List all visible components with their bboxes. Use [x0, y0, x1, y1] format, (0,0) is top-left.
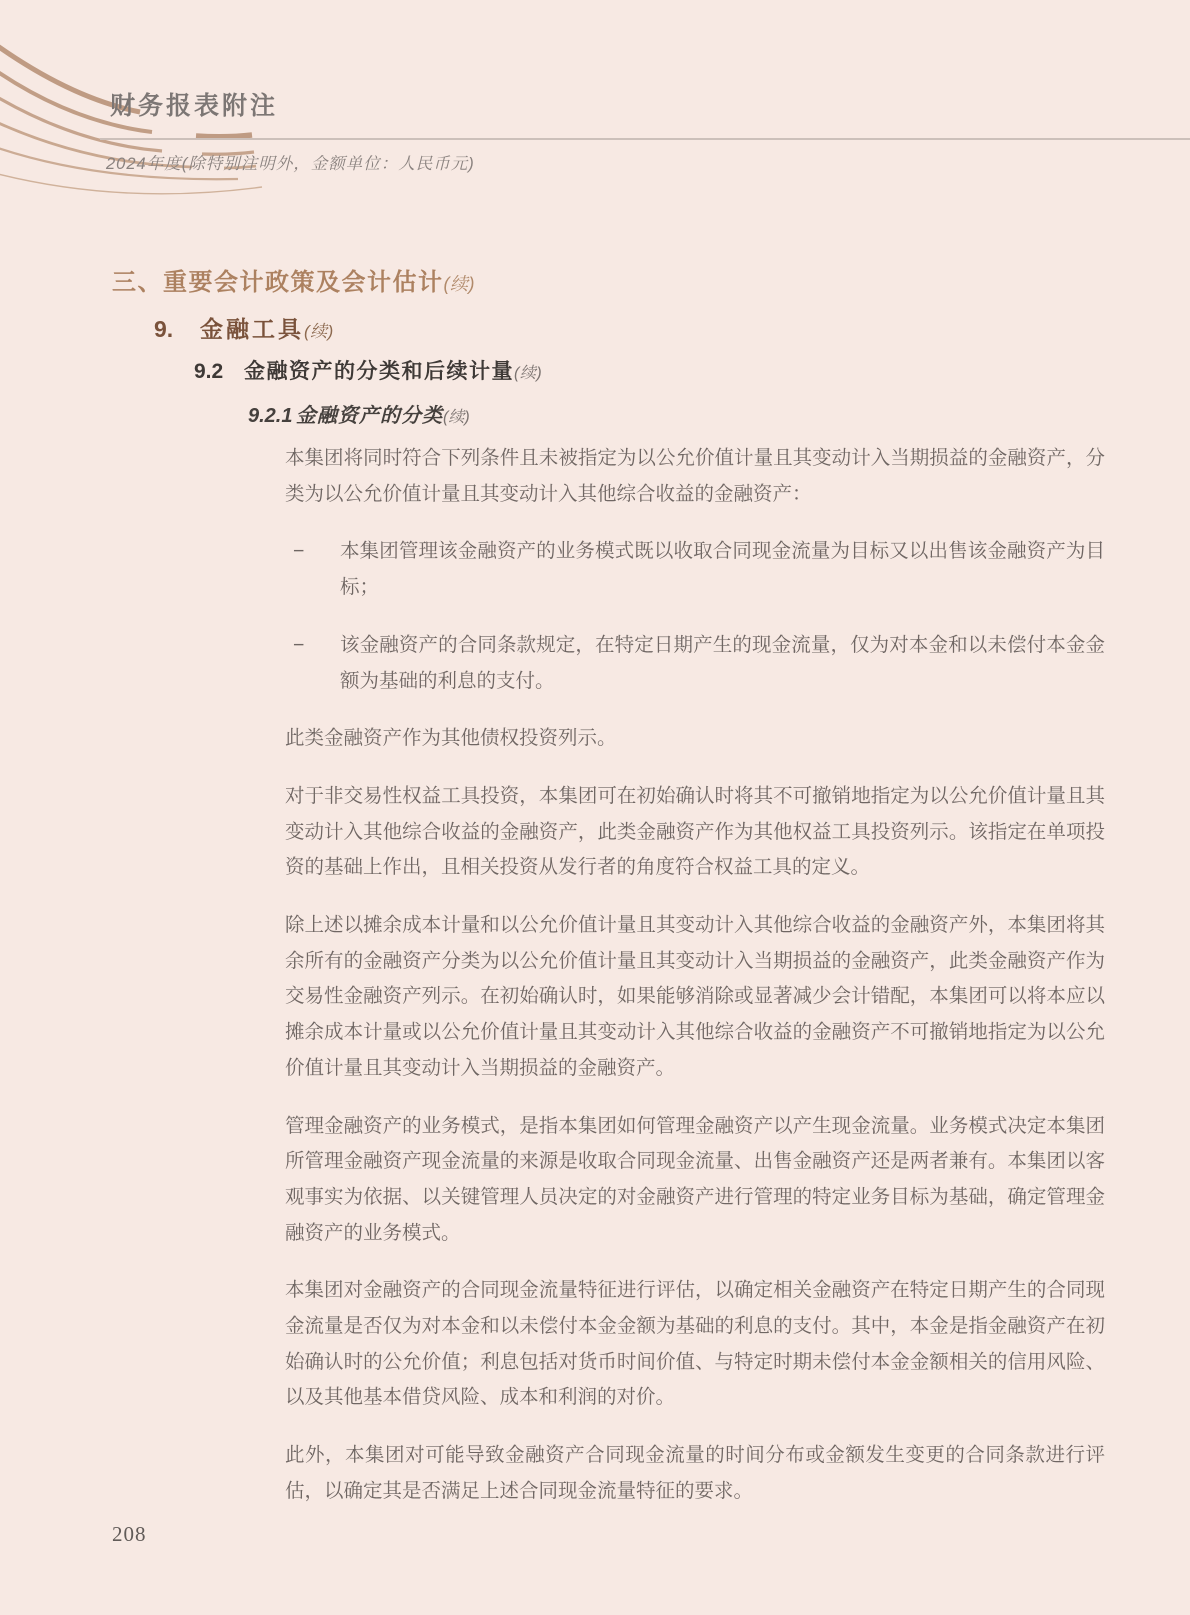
bullet-dash-marker: − [285, 628, 340, 699]
bullet-item: − 该金融资产的合同条款规定，在特定日期产生的现金流量，仅为对本金和以未偿付本金… [285, 628, 1105, 699]
bullet-text: 该金融资产的合同条款规定，在特定日期产生的现金流量，仅为对本金和以未偿付本金金额… [340, 628, 1105, 699]
section-continued-mark: (续) [444, 274, 476, 294]
header-divider [100, 138, 1190, 140]
body-text-column: 本集团将同时符合下列条件且未被指定为以公允价值计量且其变动计入当期损益的金融资产… [285, 441, 1105, 1532]
page-number: 208 [112, 1522, 147, 1547]
subsection-9-2-1-number: 9.2.1 [248, 405, 296, 428]
paragraph: 管理金融资产的业务模式，是指本集团如何管理金融资产以产生现金流量。业务模式决定本… [285, 1109, 1105, 1252]
subsection-9-2-number: 9.2 [194, 360, 244, 384]
subsection-9-2-title: 金融资产的分类和后续计量 [244, 360, 514, 383]
subsection-9-2-1-heading: 9.2.1金融资产的分类(续) [248, 399, 470, 428]
subsection-9-2-1-continued-mark: (续) [443, 409, 470, 426]
bullet-dash-marker: − [285, 534, 340, 605]
subsection-9-2-1-title: 金融资产的分类 [296, 405, 443, 427]
subsection-9-2-continued-mark: (续) [514, 365, 542, 382]
subsection-9-continued-mark: (续) [304, 322, 334, 341]
paragraph: 对于非交易性权益工具投资，本集团可在初始确认时将其不可撤销地指定为以公允价值计量… [285, 779, 1105, 886]
bullet-text: 本集团管理该金融资产的业务模式既以收取合同现金流量为目标又以出售该金融资产为目标… [340, 534, 1105, 605]
paragraph-intro: 本集团将同时符合下列条件且未被指定为以公允价值计量且其变动计入当期损益的金融资产… [285, 441, 1105, 512]
document-page: 财务报表附注 2024年度(除特别注明外，金额单位：人民币元) 三、重要会计政策… [0, 0, 1190, 1615]
section-title: 重要会计政策及会计估计 [163, 269, 444, 296]
section-number: 三、 [112, 269, 163, 296]
subsection-9-2-heading: 9.2金融资产的分类和后续计量(续) [194, 355, 542, 385]
subsection-9-number: 9. [154, 316, 200, 343]
paragraph: 此外，本集团对可能导致金融资产合同现金流量的时间分布或金额发生变更的合同条款进行… [285, 1438, 1105, 1509]
subsection-9-title: 金融工具 [200, 316, 304, 342]
page-subtitle: 2024年度(除特别注明外，金额单位：人民币元) [106, 150, 475, 174]
paragraph: 本集团对金融资产的合同现金流量特征进行评估，以确定相关金融资产在特定日期产生的合… [285, 1273, 1105, 1416]
paragraph: 此类金融资产作为其他债权投资列示。 [285, 721, 1105, 757]
bullet-item: − 本集团管理该金融资产的业务模式既以收取合同现金流量为目标又以出售该金融资产为… [285, 534, 1105, 605]
subsection-9-heading: 9.金融工具(续) [154, 311, 334, 344]
section-heading: 三、重要会计政策及会计估计(续) [112, 262, 475, 297]
corner-arcs-decoration [0, 22, 290, 232]
page-title: 财务报表附注 [110, 86, 278, 122]
paragraph: 除上述以摊余成本计量和以公允价值计量且其变动计入其他综合收益的金融资产外，本集团… [285, 908, 1105, 1087]
